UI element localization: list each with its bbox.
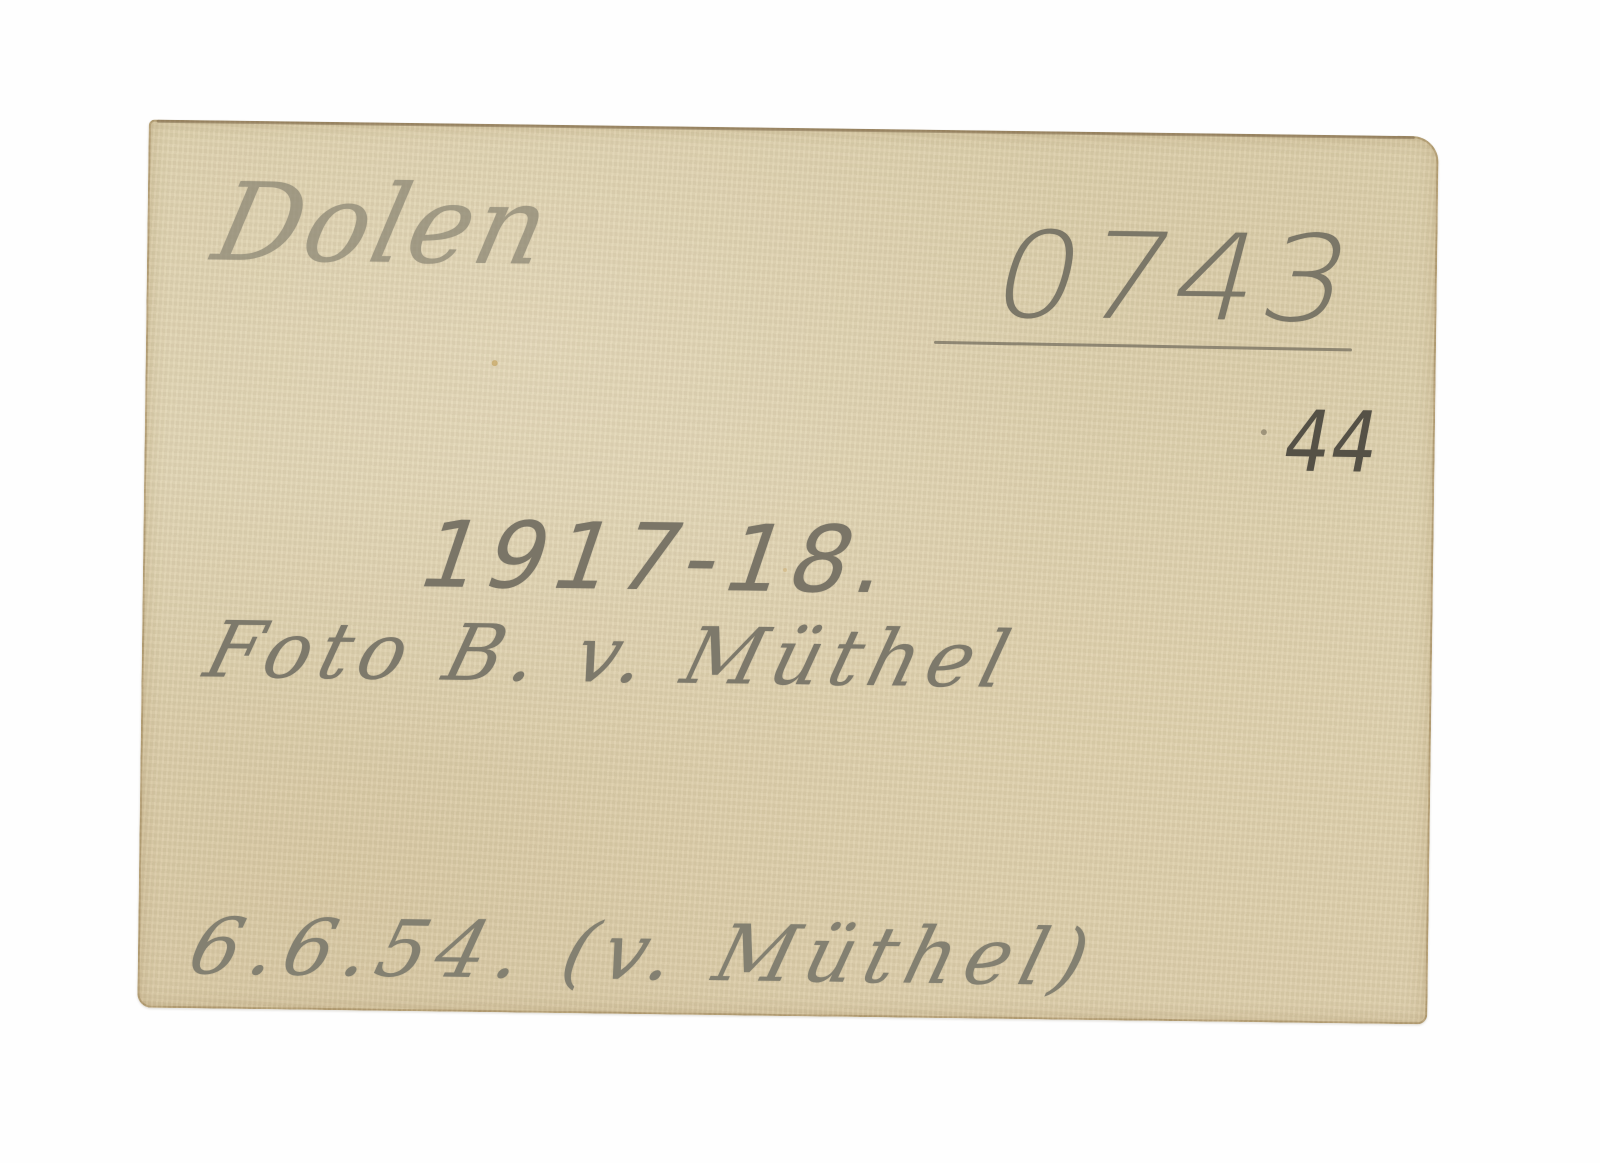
photo-credit-annotation: Foto B. v. Müthel (196, 606, 1026, 706)
place-name-annotation: Dolen (203, 161, 562, 290)
archive-number-annotation: 0743 (979, 207, 1372, 350)
acquisition-date-annotation: 6.6.54. (v. Müthel) (180, 902, 1107, 1004)
card-edge (157, 120, 1415, 139)
scan-background: Dolen 0743 44 1917-18. Foto B. v. Müthel… (0, 0, 1600, 1163)
years-annotation: 1917-18. (405, 501, 914, 614)
photo-card-reverse: Dolen 0743 44 1917-18. Foto B. v. Müthel… (137, 120, 1439, 1025)
paper-stain (492, 360, 498, 366)
paper-stain (783, 568, 787, 572)
pencil-dot (1261, 429, 1267, 435)
sub-number-annotation: 44 (1276, 393, 1388, 492)
